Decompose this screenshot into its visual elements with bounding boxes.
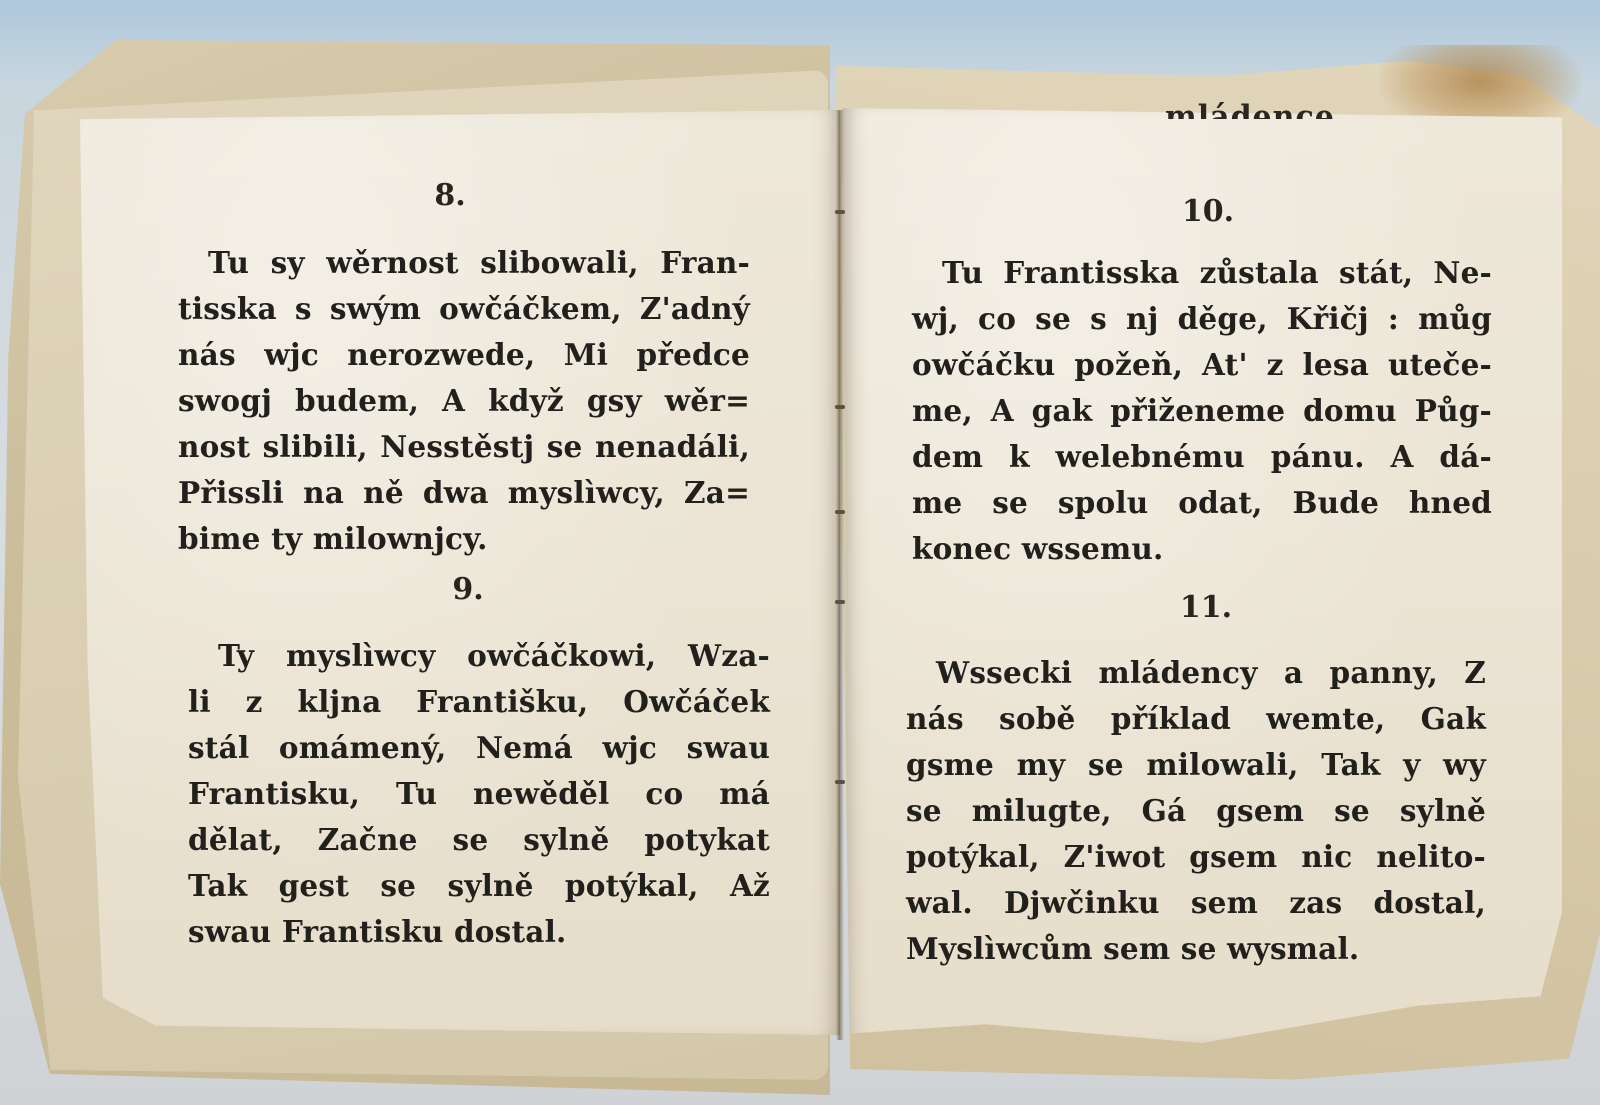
stanza-line: owčáčku požeň, At' z lesa uteče- bbox=[912, 342, 1492, 388]
stanza-line: me, A gak přiženeme domu Půg- bbox=[912, 388, 1492, 434]
stanza-line: se milugte, Gá gsem se sylně bbox=[906, 788, 1486, 834]
stanza-line: li z kljna Františku, Owčáček bbox=[188, 679, 770, 725]
stanza-number: 8. bbox=[420, 178, 480, 213]
stanza-line: wj, co se s nj děge, Křičj : můg bbox=[912, 296, 1492, 342]
stanza-line: gsme my se milowali, Tak y wy bbox=[906, 742, 1486, 788]
stanza-number: 10. bbox=[1168, 194, 1248, 229]
book-gutter bbox=[836, 110, 844, 1040]
stanza-line: Ty myslìwcy owčáčkowi, Wza- bbox=[188, 633, 770, 679]
stanza-line: dělat, Začne se sylně potykat bbox=[188, 817, 770, 863]
stanza-11: Wssecki mládency a panny, Z nás sobě pří… bbox=[906, 650, 1486, 972]
stanza-line: nás wjc nerozwede, Mi předce bbox=[178, 332, 750, 378]
binding-stitch bbox=[835, 600, 845, 604]
stanza-line: swogj budem, A když gsy wěr= bbox=[178, 378, 750, 424]
stanza-8: Tu sy wěrnost slibowali, Fran- tisska s … bbox=[178, 240, 750, 562]
stanza-line: nás sobě příklad wemte, Gak bbox=[906, 696, 1486, 742]
binding-stitch bbox=[835, 210, 845, 214]
stanza-line: nost slibili, Nesstěstj se nenadáli, bbox=[178, 424, 750, 470]
stanza-9: Ty myslìwcy owčáčkowi, Wza- li z kljna F… bbox=[188, 633, 770, 955]
stanza-number: 11. bbox=[1166, 590, 1246, 625]
book-photo: mládence, 8. Tu sy wěrnost slibowali, Fr… bbox=[0, 0, 1600, 1105]
stanza-number: 9. bbox=[438, 572, 498, 607]
binding-stitch bbox=[835, 780, 845, 784]
stanza-line: konec wssemu. bbox=[912, 526, 1492, 572]
binding-stitch bbox=[835, 510, 845, 514]
stanza-line: Wssecki mládency a panny, Z bbox=[906, 650, 1486, 696]
stanza-line: dem k welebnému pánu. A dá- bbox=[912, 434, 1492, 480]
stanza-line: me se spolu odat, Bude hned bbox=[912, 480, 1492, 526]
binding-stitch bbox=[835, 405, 845, 409]
stanza-line: Tu sy wěrnost slibowali, Fran- bbox=[178, 240, 750, 286]
stanza-line: Tak gest se sylně potýkal, Až bbox=[188, 863, 770, 909]
stanza-line: Frantisku, Tu newěděl co má bbox=[188, 771, 770, 817]
stanza-line: bime ty milownjcy. bbox=[178, 516, 750, 562]
stanza-10: Tu Frantisska zůstala stát, Ne- wj, co s… bbox=[912, 250, 1492, 572]
stanza-line: Tu Frantisska zůstala stát, Ne- bbox=[912, 250, 1492, 296]
stanza-line: Přissli na ně dwa myslìwcy, Za= bbox=[178, 470, 750, 516]
stanza-line: tisska s swým owčáčkem, Z'adný bbox=[178, 286, 750, 332]
stanza-line: wal. Djwčinku sem zas dostal, bbox=[906, 880, 1486, 926]
stanza-line: potýkal, Z'iwot gsem nic nelito- bbox=[906, 834, 1486, 880]
stanza-line: stál omámený, Nemá wjc swau bbox=[188, 725, 770, 771]
stanza-line: Myslìwcům sem se wysmal. bbox=[906, 926, 1486, 972]
stanza-line: swau Frantisku dostal. bbox=[188, 909, 770, 955]
